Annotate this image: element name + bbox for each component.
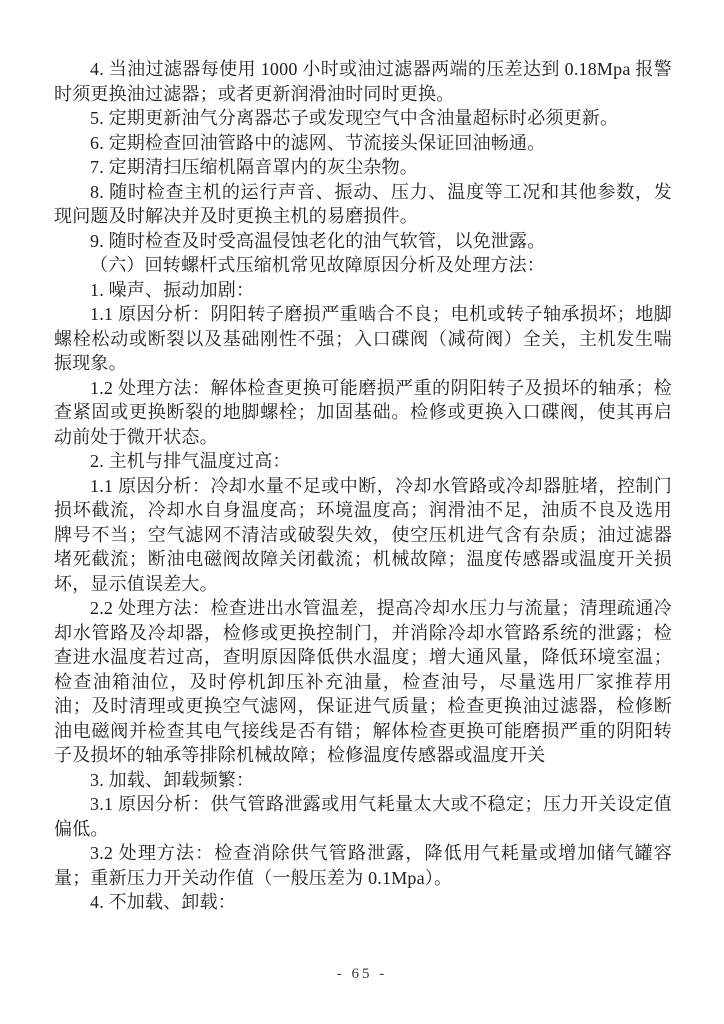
paragraph: （六）回转螺杆式压缩机常见故障原因分析及处理方法： <box>54 253 672 278</box>
paragraph: 2. 主机与排气温度过高： <box>54 449 672 474</box>
document-page: 4. 当油过滤器每使用 1000 小时或油过滤器两端的压差达到 0.18Mpa … <box>0 0 724 1024</box>
paragraph: 9. 随时检查及时受高温侵蚀老化的油气软管，以免泄露。 <box>54 229 672 254</box>
paragraph: 1. 噪声、振动加剧： <box>54 278 672 303</box>
paragraph: 4. 不加载、卸载： <box>54 890 672 915</box>
paragraph: 1.1 原因分析：阴阳转子磨损严重啮合不良；电机或转子轴承损坏；地脚螺栓松动或断… <box>54 302 672 376</box>
paragraph: 8. 随时检查主机的运行声音、振动、压力、温度等工况和其他参数，发现问题及时解决… <box>54 180 672 229</box>
paragraph: 4. 当油过滤器每使用 1000 小时或油过滤器两端的压差达到 0.18Mpa … <box>54 57 672 106</box>
page-number: - 65 - <box>0 966 724 983</box>
paragraph: 1.2 处理方法：解体检查更换可能磨损严重的阴阳转子及损坏的轴承；检查紧固或更换… <box>54 376 672 450</box>
paragraph: 7. 定期清扫压缩机隔音罩内的灰尘杂物。 <box>54 155 672 180</box>
paragraph: 3. 加载、卸载频繁： <box>54 768 672 793</box>
paragraph: 5. 定期更新油气分离器芯子或发现空气中含油量超标时必须更新。 <box>54 106 672 131</box>
paragraph: 6. 定期检查回油管路中的滤网、节流接头保证回油畅通。 <box>54 131 672 156</box>
paragraph: 3.2 处理方法：检查消除供气管路泄露，降低用气耗量或增加储气罐容量；重新压力开… <box>54 841 672 890</box>
paragraph: 3.1 原因分析：供气管路泄露或用气耗量太大或不稳定；压力开关设定值偏低。 <box>54 792 672 841</box>
paragraph: 2.2 处理方法：检查进出水管温差，提高冷却水压力与流量；清理疏通冷却水管路及冷… <box>54 596 672 768</box>
paragraph: 1.1 原因分析：冷却水量不足或中断，冷却水管路或冷却器脏堵，控制门损坏截流，冷… <box>54 474 672 597</box>
document-body: 4. 当油过滤器每使用 1000 小时或油过滤器两端的压差达到 0.18Mpa … <box>54 57 672 915</box>
